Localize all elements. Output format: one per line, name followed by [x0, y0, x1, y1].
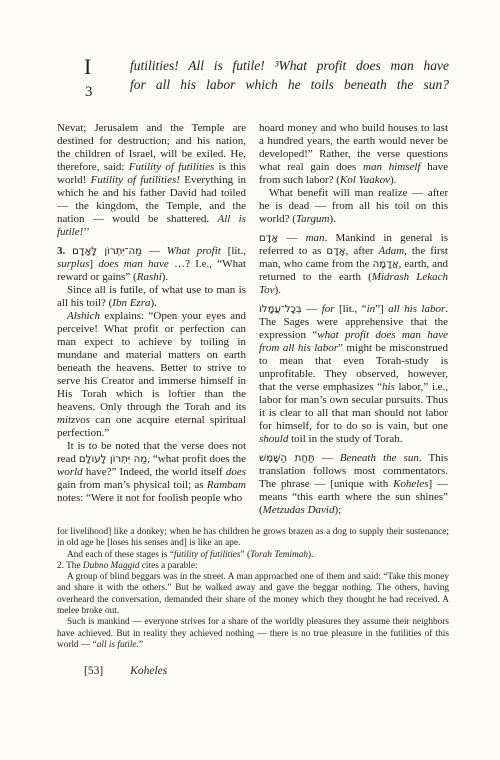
text-run: does	[226, 466, 246, 478]
text-run: [lit., “	[335, 303, 367, 315]
text-run: 3.	[57, 245, 72, 257]
hebrew-text: אָדָם	[259, 233, 278, 244]
text-run: in	[367, 303, 376, 315]
text-run: surplus	[57, 258, 89, 270]
text-run: ).	[162, 271, 168, 283]
paragraph: What benefit will man realize — after he…	[259, 187, 448, 226]
page-footer: [53]Koheles	[57, 665, 449, 677]
text-run: cites a parable:	[139, 561, 197, 571]
hebrew-text: מַה יִּתְרוֹן לָעוֹלָם	[79, 454, 147, 465]
text-run: —	[315, 452, 340, 464]
paragraph: Alshich explains: “Open your eyes and pe…	[57, 310, 246, 440]
text-run: Adam	[378, 245, 404, 257]
text-run: all his labor	[388, 303, 445, 315]
text-run: ”]	[375, 303, 388, 315]
paragraph: And each of these stages is “futility of…	[57, 550, 449, 561]
chapter-numeral: I	[84, 56, 130, 78]
text-run: —	[278, 232, 305, 244]
hebrew-text: מַה־יִּתְרוֹן לָאָדָם	[72, 246, 142, 257]
text-run: What benefit will man realize — after he…	[259, 187, 448, 225]
text-run: ).	[390, 174, 396, 186]
text-run: all is futile.	[97, 640, 139, 650]
paragraph: אָדָם — man. Mankind in general is refer…	[259, 232, 448, 297]
verse-number: 3	[84, 85, 130, 100]
hebrew-text: בְּכָל־עֲמָלוֹ	[259, 304, 302, 315]
text-run: ).	[308, 550, 313, 560]
text-run: his	[382, 381, 395, 393]
paragraph: Since all is futile, of what use to man …	[57, 284, 246, 310]
text-run: for	[322, 303, 335, 315]
text-run: ).	[151, 297, 157, 309]
text-run: Futility of futilities!	[91, 174, 180, 186]
text-run: ).	[275, 284, 281, 296]
paragraph: 3. מַה־יִּתְרוֹן לָאָדָם — What profit […	[57, 245, 246, 284]
text-run: Koheles	[393, 478, 428, 490]
right-column: hoard money and who build houses to last…	[259, 122, 448, 517]
text-run: Torah Temimah	[250, 550, 308, 560]
text-run: Targum	[296, 213, 329, 225]
text-run: Beneath the sun	[340, 452, 419, 464]
text-run: Futility of futilities	[129, 161, 215, 173]
text-run: Dubno Maggid	[83, 561, 140, 571]
text-run: [lit.,	[221, 245, 246, 257]
text-run: —	[302, 303, 322, 315]
footnotes: for livelihood] like a donkey; when he h…	[57, 527, 449, 651]
text-run: toil in the study of Torah.	[288, 433, 402, 445]
text-run: A group of blind beggars was in the stre…	[57, 572, 449, 616]
paragraph: A group of blind beggars was in the stre…	[57, 572, 449, 617]
text-run: );	[334, 504, 341, 516]
text-run: futility of futilities	[174, 550, 241, 560]
text-run: does man have	[98, 258, 168, 270]
text-run: Metzudas David	[263, 504, 335, 516]
text-run: man himself	[363, 161, 420, 173]
paragraph: Such is mankind — everyone strives for a…	[57, 617, 449, 651]
paragraph: Nevat; Jerusalem and the Temple are dest…	[57, 122, 246, 239]
page-header: I 3 futilities! All is futile! ³What pro…	[57, 56, 449, 100]
text-run: gain from man’s physical toil; as	[57, 479, 207, 491]
paragraph: hoard money and who build houses to last…	[259, 122, 448, 187]
left-column: Nevat; Jerusalem and the Temple are dest…	[57, 122, 246, 517]
text-run: should	[259, 433, 288, 445]
verse-line-1: futilities! All is futile! ³What profit …	[130, 56, 449, 75]
text-run: , “what profit does the	[147, 453, 246, 465]
paragraph: בְּכָל־עֲמָלוֹ — for [lit., “in”] all hi…	[259, 303, 448, 446]
text-run: And each of these stages is “	[67, 550, 174, 560]
text-run: notes: “Were it not for foolish people w…	[57, 492, 242, 504]
text-run: Ibn Ezra	[112, 297, 150, 309]
verse-text: futilities! All is futile! ³What profit …	[130, 56, 449, 100]
text-run: 2. The	[57, 561, 83, 571]
text-run: mitzvos	[57, 414, 90, 426]
text-run: Alshich	[67, 310, 100, 322]
verse-line-2: for all his labor which he toils beneath…	[130, 75, 449, 94]
paragraph: It is to be noted that the verse does no…	[57, 440, 246, 505]
paragraph: תַּחַת הַשָּׁמֶשׁ — Beneath the sun. Thi…	[259, 452, 448, 517]
text-run: have?” Indeed, the world itself	[83, 466, 226, 478]
text-run: explains: “Open your eyes and perceive! …	[57, 310, 246, 413]
page-number: [53]	[84, 665, 103, 677]
text-run: for livelihood] like a donkey; when he h…	[57, 527, 449, 548]
text-run: ).	[329, 213, 335, 225]
hebrew-text: תַּחַת הַשָּׁמֶשׁ	[259, 453, 315, 464]
paragraph: for livelihood] like a donkey; when he h…	[57, 527, 449, 550]
hebrew-text: אָדָם	[326, 246, 345, 257]
book-title: Koheles	[130, 665, 167, 677]
book-page: I 3 futilities! All is futile! ³What pro…	[57, 0, 449, 677]
text-run: ”	[139, 640, 143, 650]
commentary-columns: Nevat; Jerusalem and the Temple are dest…	[57, 122, 449, 517]
paragraph: 2. The Dubno Maggid cites a parable:	[57, 561, 449, 572]
text-run: world	[57, 466, 83, 478]
text-run: ’’	[83, 226, 90, 238]
hebrew-text: אֲדָמָה	[373, 259, 399, 270]
text-run: man	[306, 232, 325, 244]
text-run: Rashi	[137, 271, 162, 283]
text-run: What profit	[167, 245, 221, 257]
text-run: , after	[346, 245, 379, 257]
text-run: ” (	[241, 550, 251, 560]
text-run: Kol Yaakov	[340, 174, 390, 186]
text-run: Rambam	[207, 479, 246, 491]
chapter-verse-reference: I 3	[84, 56, 130, 100]
text-run: —	[142, 245, 167, 257]
